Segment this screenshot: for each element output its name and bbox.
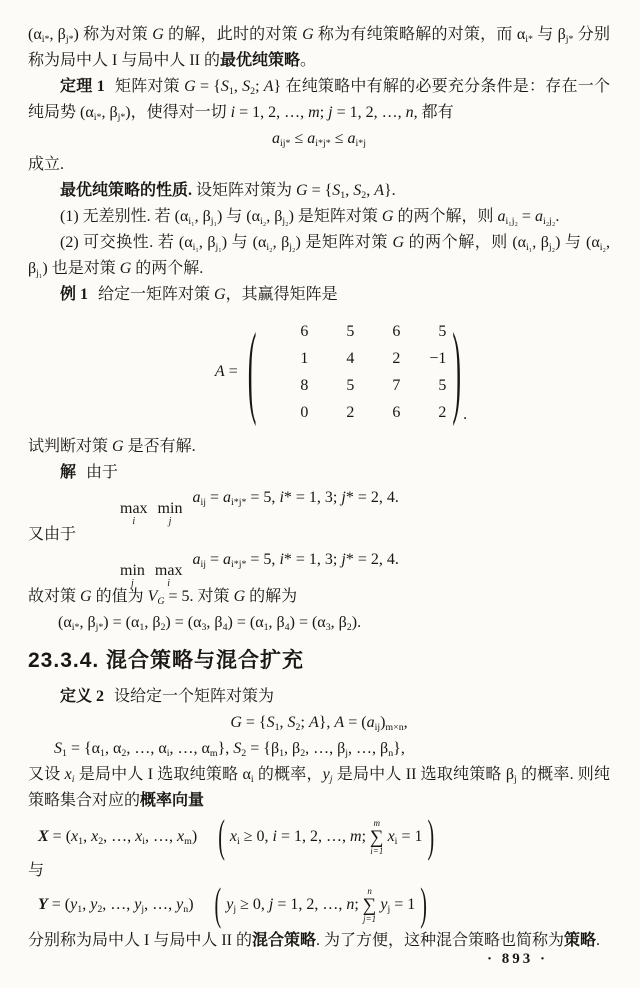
matrix-cell: 7 — [354, 378, 400, 394]
minmax-formula: minj maxi aij = ai*j* = 5, i* = 1, 3; j*… — [28, 548, 610, 584]
matrix-cell: 1 — [262, 351, 308, 367]
solution-paragraph: 解由于 — [28, 460, 610, 486]
constraint-open-paren: ( — [218, 814, 225, 860]
section-heading: 23.3.4. 混合策略与混合扩充 — [28, 648, 610, 674]
x-vector-formula: X = (x1, x2, …, xi, …, xm) ( xi ≥ 0, i =… — [28, 814, 610, 860]
matrix-cell: 2 — [400, 405, 446, 421]
saddle-point-formula: aij* ≤ ai*j* ≤ ai*j — [28, 126, 610, 152]
properties-intro-paragraph: 最优纯策略的性质. 设矩阵对策为 G = {S1, S2, A}. — [28, 178, 610, 204]
solutions-formula: (αi*, βj*) = (α1, β2) = (α3, β4) = (α1, … — [28, 610, 610, 636]
example-1-label: 例 1 — [60, 286, 88, 303]
minmax-rest: aij = ai*j* = 5, i* = 1, 3; j* = 2, 4. — [192, 551, 398, 568]
operator-word: min — [120, 564, 145, 577]
property-2-paragraph: (2) 可交换性. 若 (αi₁, βj₁) 与 (αi₂, βj₂) 是矩阵对… — [28, 230, 610, 282]
matrix-cell: 5 — [308, 378, 354, 394]
sigma-symbol: ∑ — [370, 828, 384, 847]
matrix-cell: −1 — [400, 351, 446, 367]
summation-sign: m ∑ i=1 — [370, 819, 384, 856]
x-constraint-post: xi = 1 — [388, 824, 423, 850]
scanned-textbook-page: (αi*, βj*) 称为对策 G 的解，此时的对策 G 称为有纯策略解的对策，… — [0, 0, 640, 988]
matrix-cell: 5 — [308, 324, 354, 340]
x-constraint-pre: xi ≥ 0, i = 1, 2, …, m; — [230, 824, 366, 850]
matrix-cell: 8 — [262, 378, 308, 394]
theorem-1-body: 矩阵对策 G = {S1, S2; A} 在纯策略中有解的必要充分条件是：存在一… — [28, 78, 610, 121]
matrix-cell: 2 — [354, 351, 400, 367]
definition-2-paragraph: 定义 2设给定一个矩阵对策为 — [28, 684, 610, 710]
operator-word: max — [155, 564, 183, 577]
matrix-cell: 4 — [308, 351, 354, 367]
y-constraint-pre: yj ≥ 0, j = 1, 2, …, n; — [226, 892, 359, 918]
matrix-cell: 6 — [262, 324, 308, 340]
maxmin-rest: aij = ai*j* = 5, i* = 1, 3; j* = 2, 4. — [192, 489, 398, 506]
example-1-paragraph: 例 1给定一矩阵对策 G，其赢得矩阵是 — [28, 282, 610, 308]
constraint-close-paren: ) — [420, 882, 427, 928]
sigma-symbol: ∑ — [363, 896, 377, 915]
paragraph-also: 又由于 — [28, 522, 610, 548]
paragraph-and: 与 — [28, 860, 610, 882]
operator-word: max — [120, 502, 148, 515]
operator-word: min — [158, 502, 183, 515]
matrix-cell: 0 — [262, 405, 308, 421]
theorem-1-paragraph: 定理 1矩阵对策 G = {S1, S2; A} 在纯策略中有解的必要充分条件是… — [28, 74, 610, 126]
y-vector: Y = (y1, y2, …, yj, …, yn) — [38, 892, 194, 918]
matrix-cell: 6 — [354, 405, 400, 421]
min-operator: minj — [158, 502, 183, 528]
matrix-cell: 2 — [308, 405, 354, 421]
y-constraint-post: yj = 1 — [380, 892, 415, 918]
max-operator: maxi — [120, 502, 148, 528]
operator-limit: j — [169, 515, 172, 528]
page-content: (αi*, βj*) 称为对策 G 的解，此时的对策 G 称为有纯策略解的对策，… — [0, 0, 640, 954]
example-1-lead: 给定一矩阵对策 G，其赢得矩阵是 — [98, 286, 338, 303]
operator-limit: i — [132, 515, 135, 528]
y-vector-formula: Y = (y1, y2, …, yj, …, yn) ( yj ≥ 0, j =… — [28, 882, 610, 928]
matrix-close-paren: ) — [452, 320, 461, 424]
page-number: · 893 · — [487, 951, 548, 968]
paragraph-holds: 成立. — [28, 152, 610, 178]
paragraph-question: 试判断对策 G 是否有解. — [28, 434, 610, 460]
paragraph-probability: 又设 xi 是局中人 I 选取纯策略 αi 的概率，yj 是局中人 II 选取纯… — [28, 762, 610, 814]
definition-2-label: 定义 2 — [60, 688, 104, 705]
solution-lead: 由于 — [86, 464, 118, 481]
paragraph-intro: (αi*, βj*) 称为对策 G 的解，此时的对策 G 称为有纯策略解的对策，… — [28, 22, 610, 74]
summation-sign: n ∑ j=1 — [363, 887, 377, 924]
matrix-label: A = — [215, 359, 238, 385]
game-definition-formula: G = {S1, S2; A}, A = (aij)m×n, — [28, 710, 610, 736]
matrix-cell: 5 — [400, 378, 446, 394]
solution-label: 解 — [60, 464, 76, 481]
maxmin-formula: maxi minj aij = ai*j* = 5, i* = 1, 3; j*… — [28, 486, 610, 522]
matrix-grid: 6 5 6 5 1 4 2 −1 8 5 7 5 0 2 6 2 — [262, 324, 446, 421]
constraint-close-paren: ) — [427, 814, 434, 860]
strategy-sets-formula: S1 = {α1, α2, …, αi, …, αm}, S2 = {β1, β… — [28, 736, 610, 762]
theorem-1-label: 定理 1 — [60, 78, 105, 95]
sum-lower-limit: i=1 — [370, 847, 383, 856]
payoff-matrix-equation: A = ( 6 5 6 5 1 4 2 −1 8 5 7 5 0 2 6 2 ) — [50, 316, 632, 428]
matrix-period: . — [463, 402, 467, 428]
matrix-cell: 5 — [400, 324, 446, 340]
matrix-open-paren: ( — [248, 320, 257, 424]
paragraph-game-value: 故对策 G 的值为 VG = 5. 对策 G 的解为 — [28, 584, 610, 610]
x-vector: X = (x1, x2, …, xi, …, xm) — [38, 824, 197, 850]
matrix-cell: 6 — [354, 324, 400, 340]
property-1-paragraph: (1) 无差别性. 若 (αi₁, βj₁) 与 (αi₂, βj₂) 是矩阵对… — [28, 204, 610, 230]
definition-2-lead: 设给定一个矩阵对策为 — [114, 688, 274, 705]
constraint-open-paren: ( — [215, 882, 222, 928]
sum-lower-limit: j=1 — [363, 915, 376, 924]
